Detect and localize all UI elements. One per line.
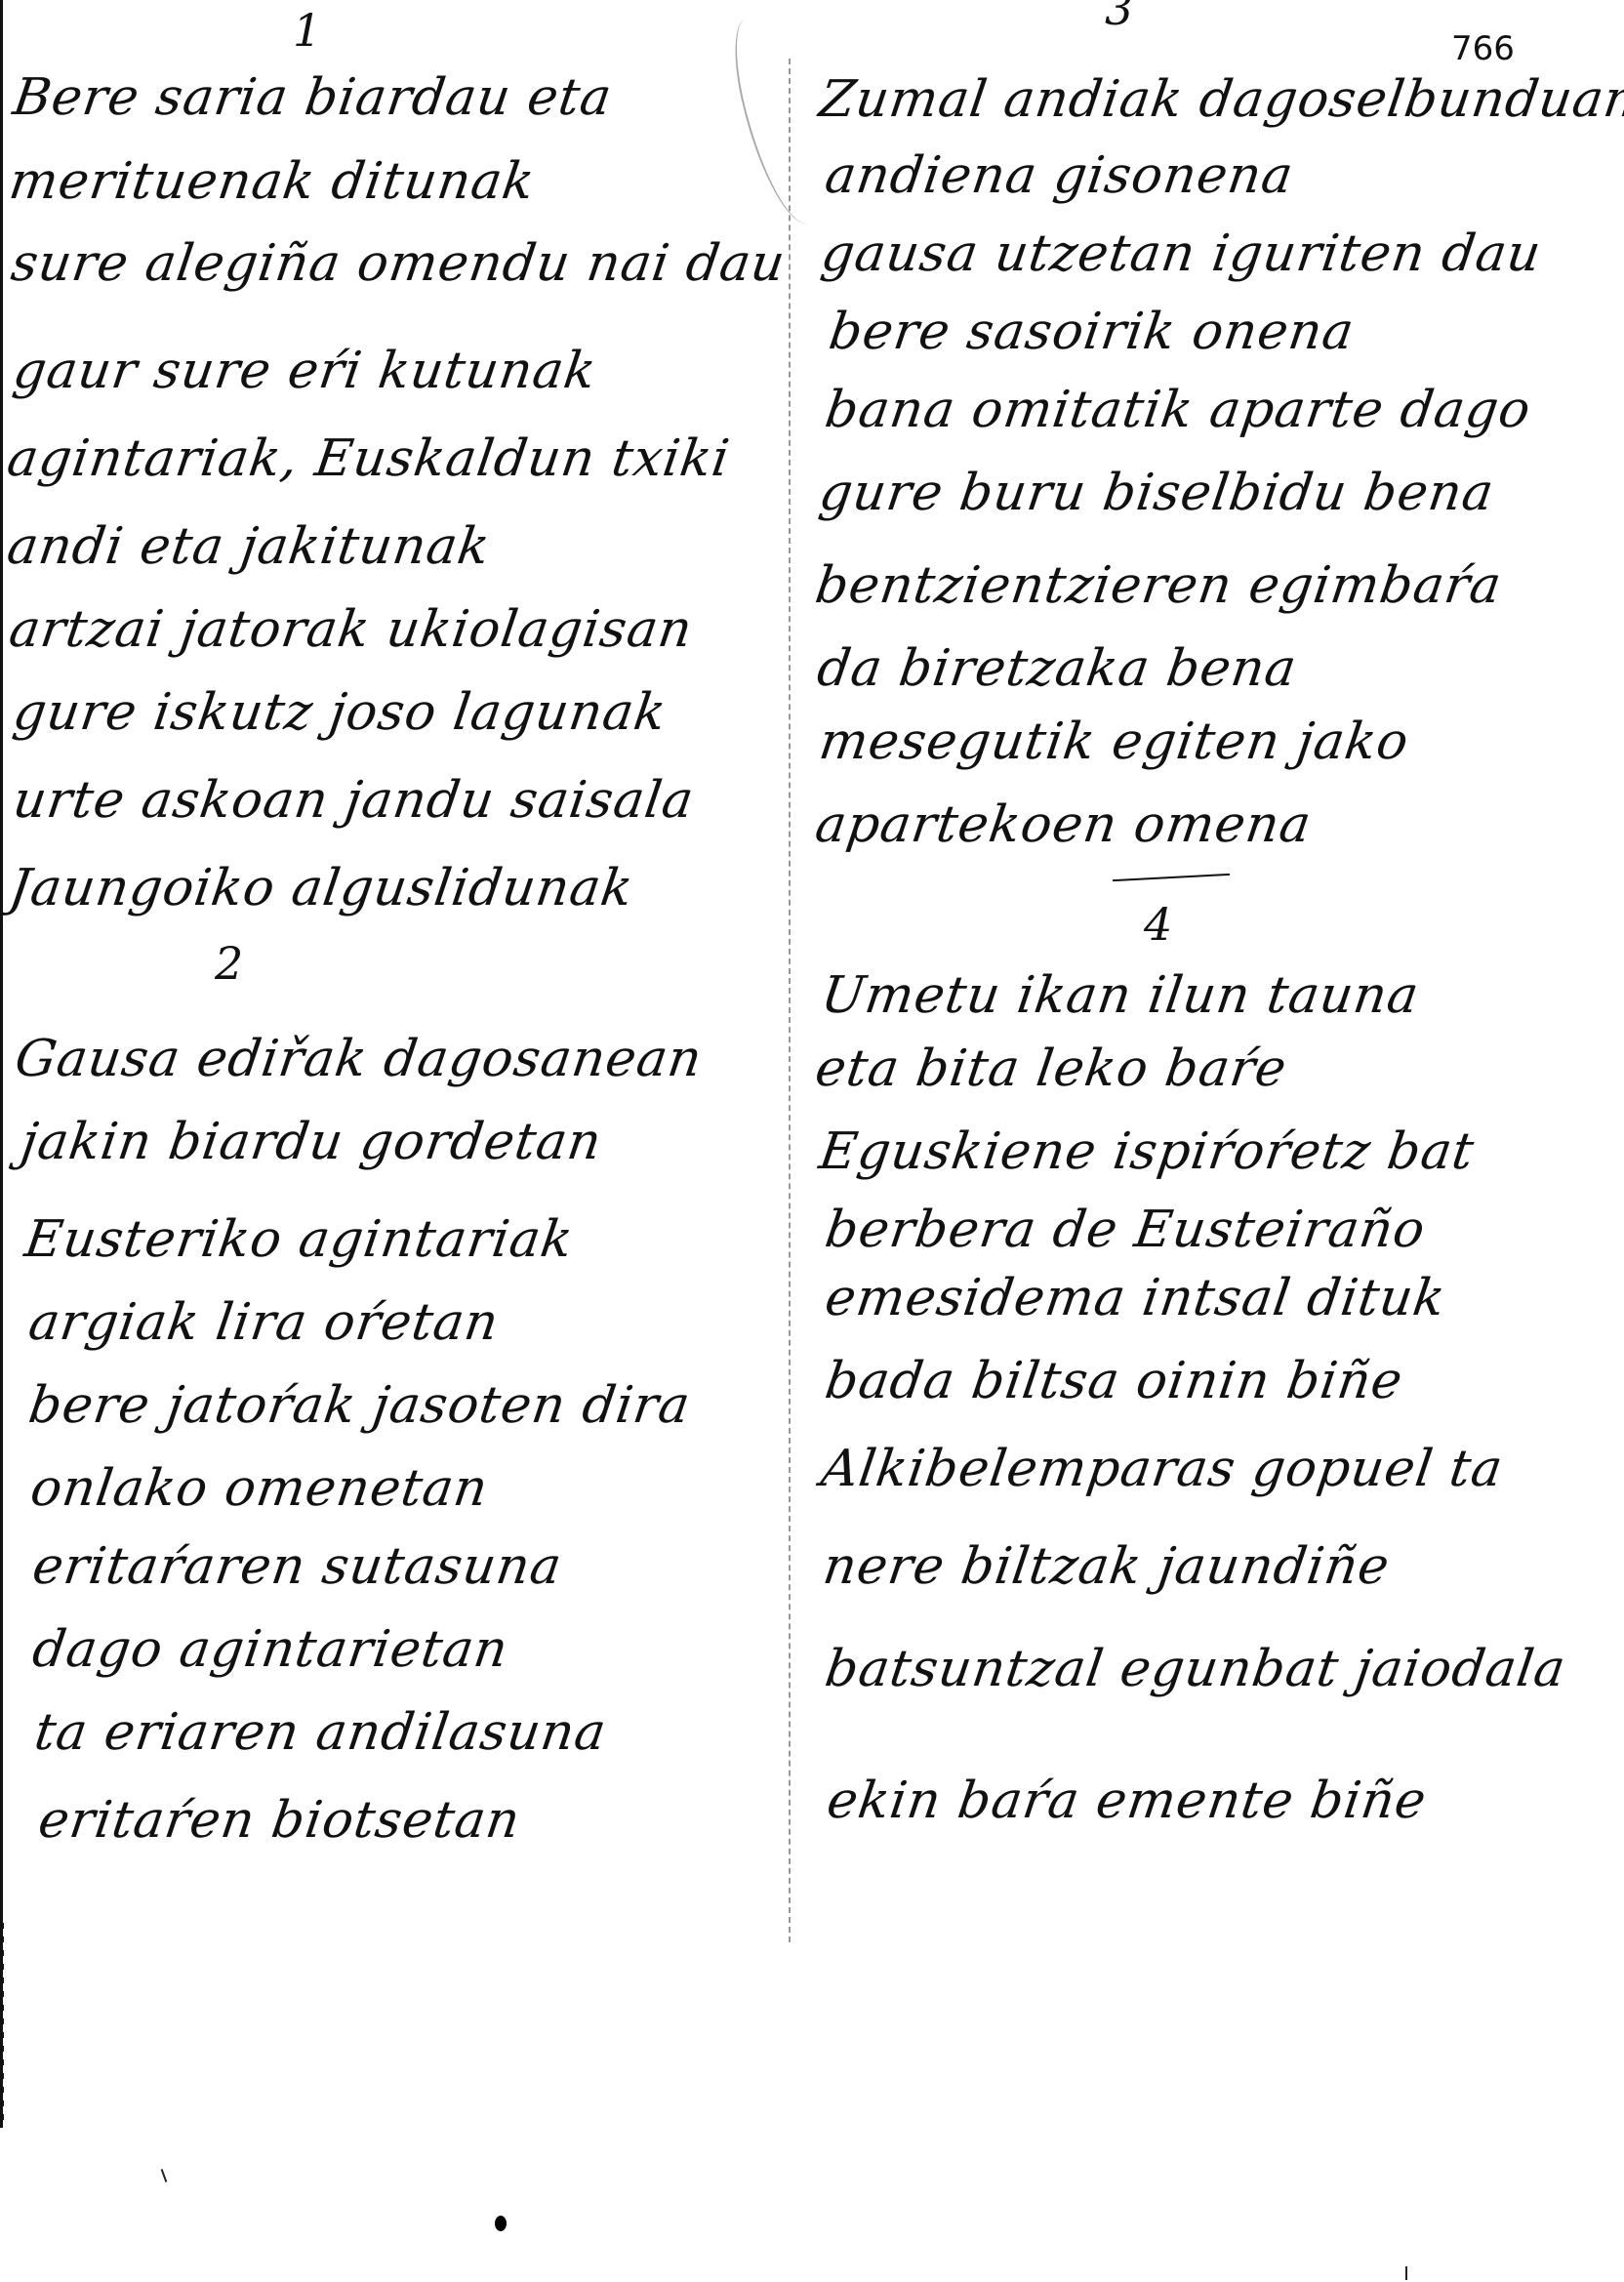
- page-number: 766: [1451, 29, 1515, 68]
- ink-mark: [161, 2169, 168, 2182]
- verse-line: sure alegiña omendu nai dau: [8, 234, 790, 293]
- verse-line: gausa utzetan iguriten dau: [818, 224, 1545, 283]
- ink-mark: [1405, 2266, 1407, 2280]
- verse-line: gaur sure eŕi kutunak: [10, 342, 600, 400]
- verse-line: bere sasoirik onena: [826, 303, 1359, 361]
- verse-line: berbera de Eusteiraño: [822, 1201, 1429, 1259]
- verse-line: Gausa ediřak dagosanean: [12, 1030, 707, 1088]
- stanza-number: 1: [293, 4, 321, 57]
- verse-line: batsuntzal egunbat jaiodala: [822, 1640, 1569, 1698]
- verse-line: Zumal andiak dagoselbunduan: [816, 70, 1624, 129]
- verse-line: bentzientzieren egimbaŕa: [812, 556, 1506, 615]
- verse-line: andiena gisonena: [822, 146, 1297, 205]
- verse-line: dago agintarietan: [29, 1620, 512, 1679]
- verse-line: bere jatoŕak jasoten dira: [25, 1376, 694, 1435]
- verse-line: andi eta jakitunak: [4, 517, 494, 576]
- verse-line: Alkibelemparas gopuel ta: [818, 1440, 1507, 1498]
- stanza-number: 4: [1144, 898, 1172, 951]
- verse-line: emesidema intsal dituk: [822, 1269, 1449, 1327]
- verse-line: nere biltzak jaundiñe: [820, 1537, 1394, 1596]
- verse-line: Jaungoiko alguslidunak: [6, 859, 637, 917]
- page-left-border: [0, 0, 3, 2128]
- stanza-number: 2: [215, 937, 243, 990]
- verse-line: bada biltsa oinin biñe: [822, 1352, 1406, 1410]
- verse-line: eritaŕen biotsetan: [35, 1791, 524, 1850]
- page-left-border-marks: [0, 1923, 4, 2128]
- verse-line: da biretzaka bena: [814, 639, 1301, 698]
- column-divider: [789, 59, 791, 1942]
- verse-line: onlako omenetan: [27, 1459, 492, 1518]
- verse-line: argiak lira oŕetan: [25, 1293, 503, 1352]
- verse-line: merituenak ditunak: [6, 152, 539, 211]
- verse-line: Eusteriko agintariak: [21, 1210, 577, 1269]
- verse-line: Eguskiene ispiŕoŕetz bat: [816, 1122, 1479, 1181]
- ink-blot: [495, 2216, 507, 2231]
- verse-line: apartekoen omena: [812, 795, 1316, 854]
- verse-line: urte askoan jandu saisala: [10, 771, 698, 830]
- underline-mark: [1113, 874, 1230, 881]
- verse-line: Umetu ikan ilun tauna: [818, 966, 1423, 1025]
- verse-line: artzai jatorak ukiolagisan: [6, 600, 697, 659]
- verse-line: Bere saria biardau eta: [10, 68, 616, 127]
- verse-line: eritaŕaren sutasuna: [29, 1537, 566, 1596]
- verse-line: ta eriaren andilasuna: [31, 1703, 610, 1762]
- verse-line: gure buru biselbidu bena: [816, 464, 1498, 522]
- verse-line: agintariak, Euskaldun txiki: [4, 429, 734, 488]
- verse-line: bana omitatik aparte dago: [822, 381, 1535, 439]
- verse-line: gure iskutz joso lagunak: [10, 683, 670, 742]
- verse-line: eta bita leko baŕe: [812, 1039, 1291, 1098]
- verse-line: mesegutik egiten jako: [816, 713, 1413, 771]
- verse-line: jakin biardu gordetan: [18, 1113, 606, 1171]
- stanza-number: 3: [1105, 0, 1133, 35]
- manuscript-page: 766 1 Bere saria biardau eta merituenak …: [0, 0, 1624, 2282]
- verse-line: ekin baŕa emente biñe: [824, 1772, 1431, 1830]
